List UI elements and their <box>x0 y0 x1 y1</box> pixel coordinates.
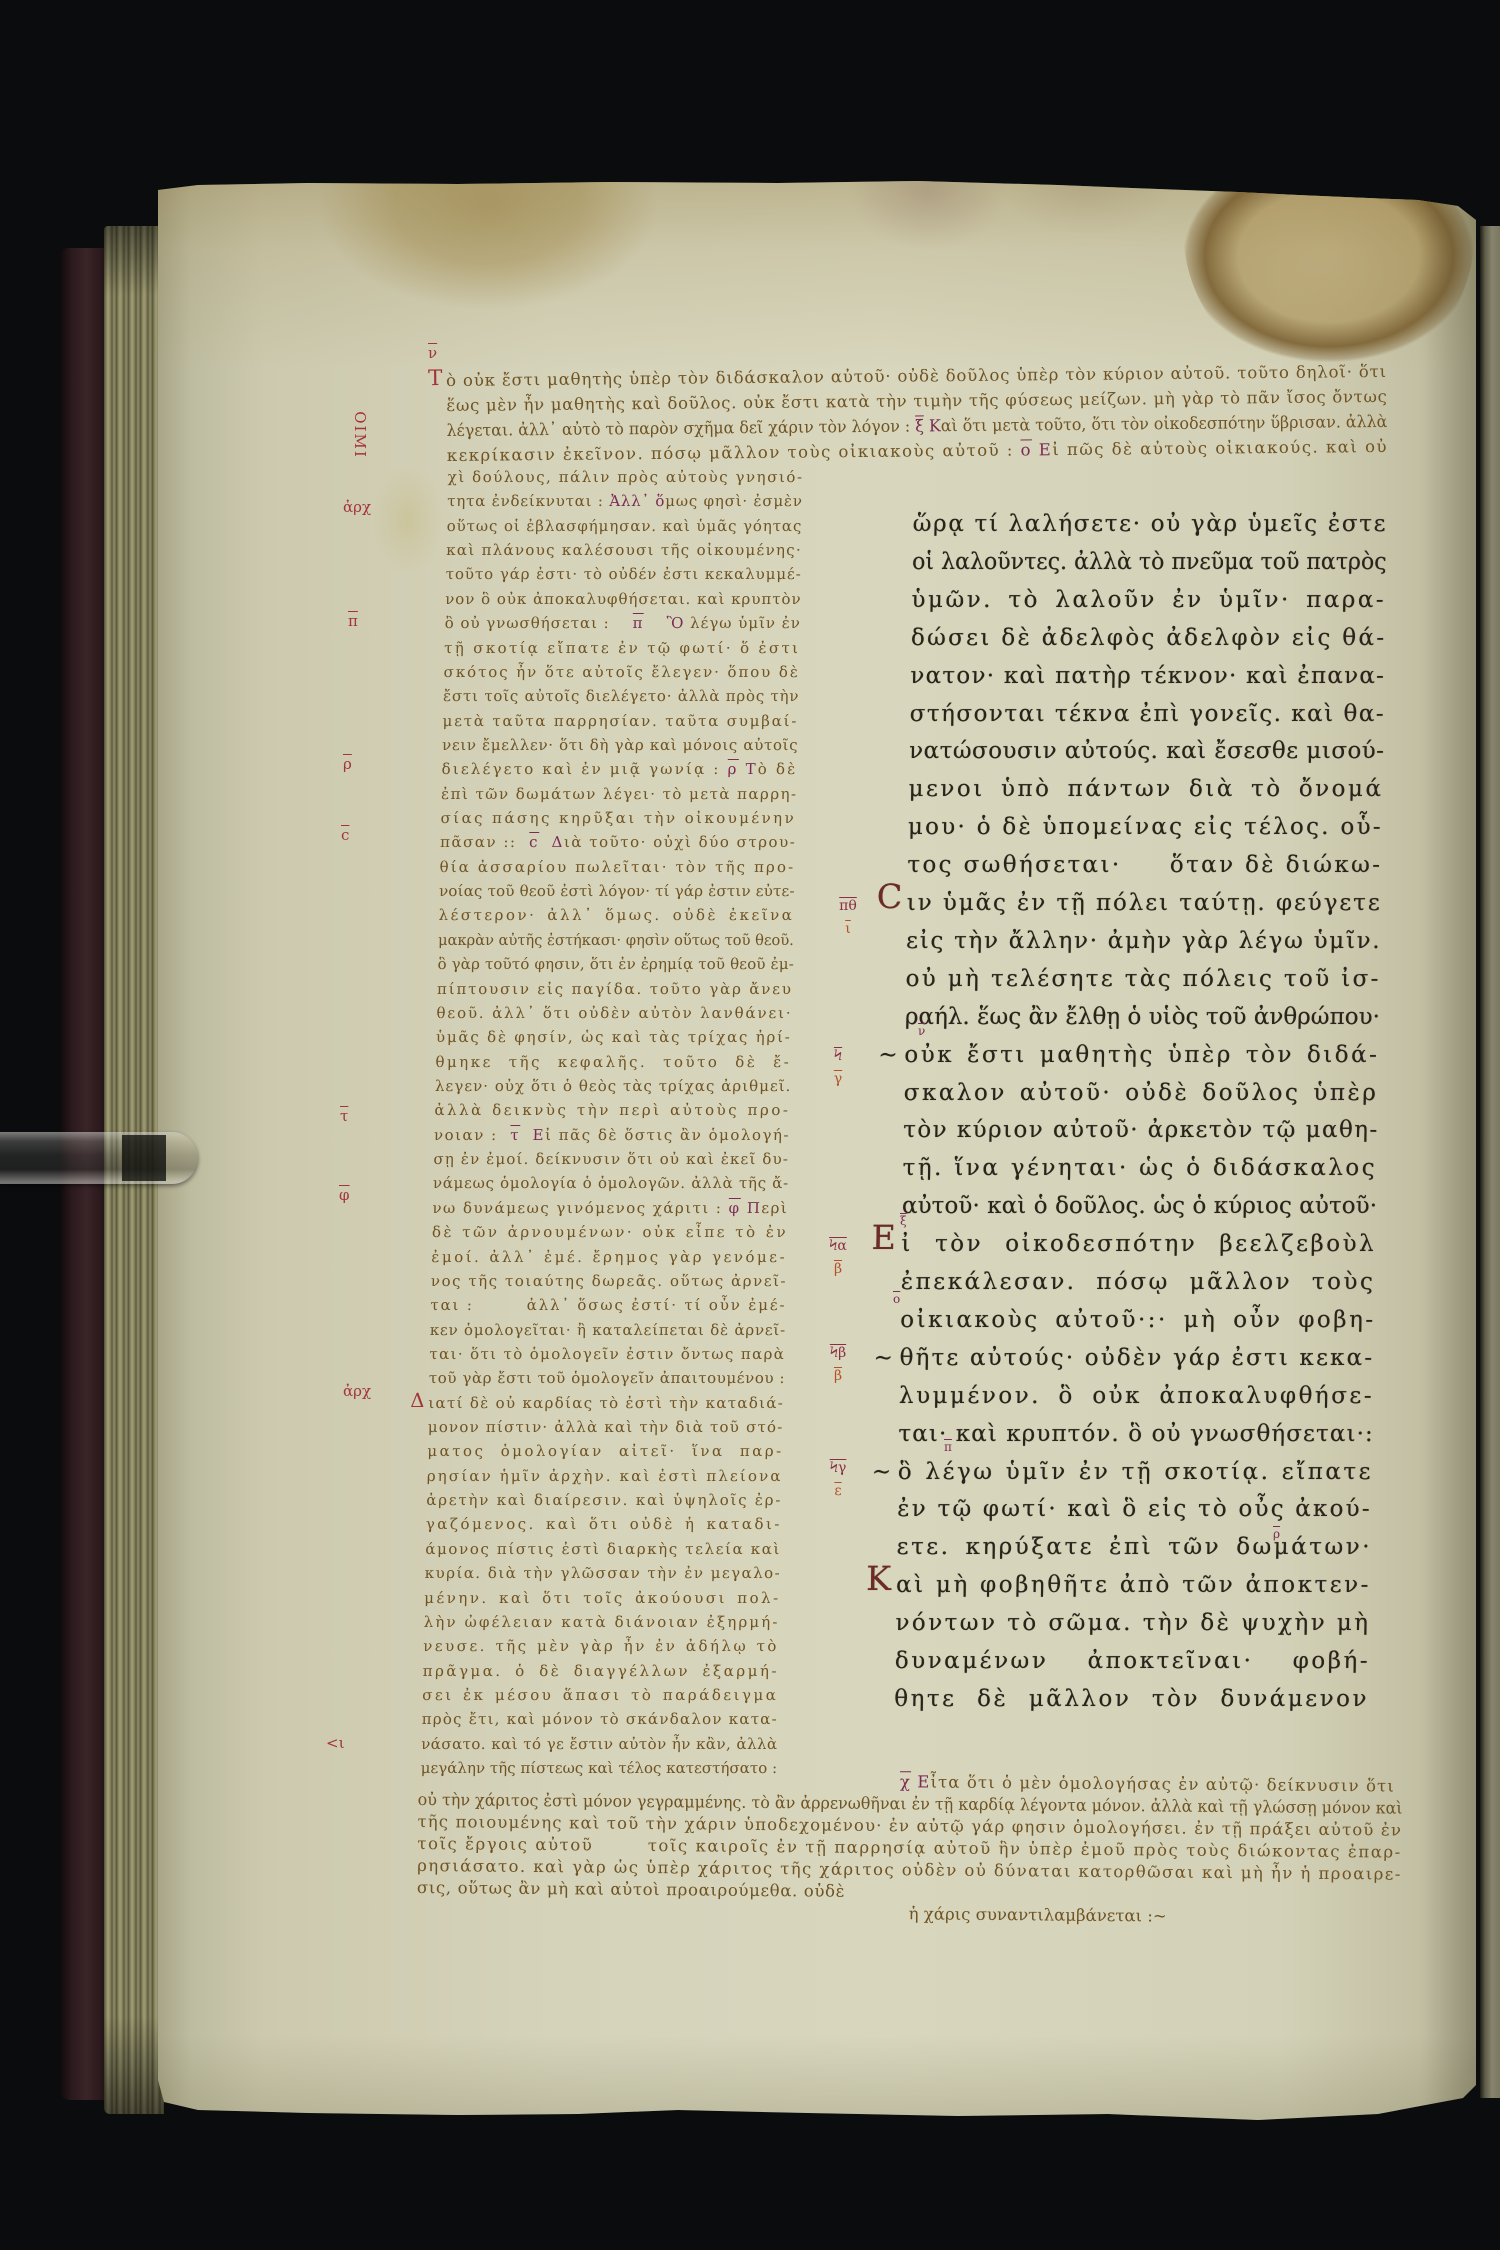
text-line: Καὶ μὴ φοβηθῆτε ἀπὸ τῶν ἀποκτεν- <box>896 1567 1372 1605</box>
commentary-line: ὑμᾶς δὲ φησίν, ὡς καὶ τὰς τρίχας ἠρί- <box>436 1025 793 1049</box>
text-segment: οὐ μὴ τελέσητε τὰς πόλεις τοῦ ἰσ- <box>905 966 1381 992</box>
line-text: πᾶσαν :: ϲ Διὰ τοῦτο· οὐχὶ δύο στρου- <box>440 830 797 854</box>
text-line: θητε δὲ μᾶλλον τὸν δυνάμενον <box>894 1681 1370 1719</box>
commentary-reference-mark: ρ <box>1273 1527 1280 1541</box>
top-commentary-block: Τὸ οὐκ ἔστι μαθητὴς ὑπὲρ τὸν διδάσκαλον … <box>446 359 1388 468</box>
text-segment: ἰ πῶς δὲ αὐτοὺς οἰκιακούς. καὶ οὐ <box>1052 437 1388 459</box>
commentary-line: ἀρετὴν καὶ διαίρεσιν. καὶ ὑψηλοῖς ἐρ- <box>426 1488 783 1512</box>
text-segment: ἀρετὴν καὶ διαίρεσιν. καὶ ὑψηλοῖς ἐρ- <box>426 1491 782 1509</box>
rubric-mark: ο <box>1021 440 1033 459</box>
commentary-line: πᾶσαν :: ϲ Διὰ τοῦτο· οὐχὶ δύο στρου- <box>440 830 797 854</box>
commentary-line: νον ὃ οὐκ ἀποκαλυφθήσεται. καὶ κρυπτὸν <box>445 587 802 611</box>
canon-number: ι <box>836 921 860 938</box>
text-line: ~οὐκ ἔστι μαθητὴς ὑπὲρ τὸν διδά- <box>904 1037 1380 1075</box>
section-tilde-mark: ~ <box>873 1340 893 1378</box>
line-text: διελέγετο καὶ ἐν μιᾷ γωνίᾳ : ρ Τὸ δὲ <box>441 757 797 781</box>
commentary-line: κυρία. διὰ τὴν γλῶσσαν τὴν ἐν μεγαλο- <box>425 1561 782 1585</box>
text-segment: μονον πίστιν· ἀλλὰ καὶ τὴν διὰ τοῦ στό- <box>428 1418 784 1436</box>
text-segment: νόντων τὸ σῶμα. τὴν δὲ ψυχὴν μὴ <box>895 1610 1370 1636</box>
margin-section-number: φ <box>339 1186 350 1204</box>
rubric-mark: Ε <box>917 1772 930 1791</box>
text-segment: σκαλον αὐτοῦ· οὐδὲ δοῦλος ὑπὲρ <box>904 1080 1379 1106</box>
text-line: αὐτοῦ· καὶ ὁ δοῦλος. ὡς ὁ κύριος αὐτοῦ· <box>902 1188 1378 1226</box>
water-stain <box>998 180 1178 235</box>
eusebian-canon-mark: πθ ι <box>836 898 860 938</box>
text-segment: σίας πάσης κηρῦξαι τὴν οἰκουμένην <box>440 809 796 827</box>
line-text: άμονος πίστις ἐστὶ διαρκὴς τελεία καὶ <box>425 1537 781 1561</box>
commentary-line: σίας πάσης κηρῦξαι τὴν οἰκουμένην <box>440 806 797 830</box>
line-text: πίπτουσιν εἰς παγίδα. τοῦτο γὰρ ἄνευ <box>437 977 793 1001</box>
commentary-line: νοίας τοῦ θεοῦ ἐστὶ λόγον· τί γάρ ἐστιν … <box>439 879 796 903</box>
line-text: οἱ λαλοῦντες. ἀλλὰ τὸ πνεῦμα τοῦ πατρὸς <box>912 544 1387 582</box>
text-segment: θεοῦ. ἀλλ᾽ ὅτι οὐδὲν αὐτὸν λανθάνει· <box>436 1004 792 1022</box>
line-text: μακρὰν αὐτῆς ἐστήκασι· φησὶν οὕτως τοῦ θ… <box>438 928 794 952</box>
text-line: ἐπεκάλεσαν. πόσῳ μᾶλλον τοὺς <box>900 1264 1376 1302</box>
line-text: θεοῦ. ἀλλ᾽ ὅτι οὐδὲν αὐτὸν λανθάνει· <box>436 1001 792 1025</box>
text-line: εἰς τὴν ἄλλην· ἀμὴν γὰρ λέγω ὑμῖν. <box>906 923 1382 961</box>
text-segment: αὐτοῦ· καὶ ὁ δοῦλος. ὡς ὁ κύριος αὐτοῦ· <box>902 1193 1378 1219</box>
commentary-line: τῇ σκοτίᾳ εἴπατε ἐν τῷ φωτί· ὅ ἐστι <box>444 636 801 660</box>
commentary-line: λεγεν· οὐχ ὅτι ὁ θεὸς τὰς τρίχας ἀριθμεῖ… <box>435 1074 792 1098</box>
text-line: μενοι ὑπὸ πάντων διὰ τὸ ὄνομά <box>908 771 1384 809</box>
line-text: σίας πάσης κηρῦξαι τὴν οἰκουμένην <box>440 806 796 830</box>
line-text: ὃ οὐ γνωσθήσεται : π Ὃ λέγω ὑμῖν ἐν <box>444 611 801 635</box>
text-segment: θία ἀσσαρίου πωλεῖται· τὸν τῆς προ- <box>439 858 795 876</box>
text-line: νατώσουσιν αὐτούς. καὶ ἔσεσθε μισού- <box>909 733 1385 771</box>
water-stain <box>373 465 443 575</box>
commentary-line: λέστερον· ἀλλ᾽ ὅμως. οὐδὲ ἐκεῖνα <box>438 903 795 927</box>
line-text: οὕτως οἱ ἐβλασφήμησαν. καὶ ὑμᾶς γόητας <box>446 514 802 538</box>
canon-section: Ϟγ <box>826 1460 850 1477</box>
rubric-mark: π <box>632 614 643 632</box>
text-segment: οὕτως οἱ ἐβλασφήμησαν. καὶ ὑμᾶς γόητας <box>447 517 803 535</box>
text-segment: νω δυνάμεως γινόμενος χάριτι : <box>432 1199 729 1217</box>
rubric-mark: Ε <box>532 1126 545 1144</box>
commentary-line: σις, οὕτως ἂν μὴ καὶ αὐτοὶ προαιρούμεθα.… <box>417 1876 845 1904</box>
text-segment: ἐπὶ τῶν δωμάτων λέγει· τὸ μετὰ παρρη- <box>441 785 798 803</box>
text-segment: πᾶσαν :: <box>440 833 529 851</box>
line-text: νευσε. τῆς μὲν γὰρ ἦν ἐν ἀδήλῳ τὸ <box>423 1634 779 1658</box>
line-text: οἰκιακοὺς αὐτοῦ·:· μὴ οὖν φοβη- <box>900 1302 1376 1340</box>
text-segment: χὶ δούλους, πάλιν πρὸς αὐτοὺς γνησιό- <box>448 468 804 486</box>
line-text: ὃ λέγω ὑμῖν ἐν τῇ σκοτίᾳ. εἴπατε <box>898 1454 1374 1492</box>
line-text: λεγεν· οὐχ ὅτι ὁ θεὸς τὰς τρίχας ἀριθμεῖ… <box>435 1074 792 1098</box>
text-segment: τοῦ γὰρ ἔστι τοῦ ὁμολογεῖν ἀπαιτουμένου … <box>429 1369 786 1387</box>
commentary-line: πίπτουσιν εἰς παγίδα. τοῦτο γὰρ ἄνευ <box>437 977 794 1001</box>
text-segment: νατώσουσιν αὐτούς. καὶ ἔσεσθε μισού- <box>909 738 1385 764</box>
line-text: οὐ μὴ τελέσητε τὰς πόλεις τοῦ ἰσ- <box>905 961 1381 999</box>
text-segment: ὸ δὲ <box>758 760 798 778</box>
commentary-line: γαζόμενος. καὶ ὅτι οὐδὲ ἡ καταδι- <box>426 1512 783 1536</box>
line-text: καὶ πλάνους καλέσουσι τῆς οἰκουμένης· <box>446 538 802 562</box>
text-segment: ται· καὶ κρυπτόν. ὃ οὐ γνωσθήσεται·: <box>898 1421 1374 1447</box>
text-line: ~ὃ λέγω ὑμῖν ἐν τῇ σκοτίᾳ. εἴπατε <box>898 1454 1374 1492</box>
text-segment: ματος ὁμολογίαν αἰτεῖ· ἵνα παρ- <box>427 1442 784 1460</box>
commentary-line: νάμεως ὁμολογία ὁ ὁμολογῶν. ἀλλὰ τῆς ἄ- <box>433 1171 790 1195</box>
margin-lection-end: <ι <box>326 1734 344 1752</box>
text-segment: ερὶ <box>761 1199 788 1217</box>
commentary-line: λὴν ὠφέλειαν κατὰ διάνοιαν ἐξηρμή- <box>424 1610 781 1634</box>
text-segment: ὑμῶν. τὸ λαλοῦν ἐν ὑμῖν· παρα- <box>911 587 1386 613</box>
text-segment: ἶτα ὅτι ὁ μὲν ὁμολογήσας ἐν αὐτῷ· δείκνυ… <box>930 1772 1395 1795</box>
rubric-mark: Δ <box>551 833 564 851</box>
commentary-line: ἐπὶ τῶν δωμάτων λέγει· τὸ μετὰ παρρη- <box>441 782 798 806</box>
text-segment: σῃ ἐν ἐμοί. δείκνυσιν ὅτι οὐ καὶ ἐκεῖ δυ… <box>433 1150 789 1168</box>
canon-section: Ϟ <box>826 1048 850 1065</box>
text-segment: μου· ὁ δὲ ὑπομείνας εἰς τέλος. οὗ- <box>908 814 1383 840</box>
text-line: ὥρᾳ τί λαλήσετε· οὐ γὰρ ὑμεῖς ἐστε <box>912 506 1388 544</box>
commentary-reference-mark: π <box>944 1440 952 1454</box>
text-line: ~θῆτε αὐτούς· οὐδὲν γάρ ἐστι κεκα- <box>899 1340 1375 1378</box>
commentary-closing-line: ἡ χάρις συναντιλαμβάνεται :~ <box>909 1902 1229 1929</box>
margin-section-number: ρ <box>343 755 352 773</box>
commentary-line: θμηκε τῆς κεφαλῆς. τοῦτο δὲ ἔ- <box>435 1050 792 1074</box>
rubric-mark: φ <box>728 1199 740 1217</box>
quire-marker: ν <box>428 344 437 362</box>
rod-dark-band <box>122 1135 166 1181</box>
line-text: ιατί δὲ οὐ καρδίας τὸ ἐστὶ τὴν καταδιά- <box>428 1391 784 1415</box>
text-segment: ὃ λέγω ὑμῖν ἐν τῇ σκοτίᾳ. εἴπατε <box>898 1459 1374 1485</box>
canon-number: β <box>826 1261 850 1278</box>
text-line: ραήλ. ἕως ἂν ἔλθῃ ὁ υἱὸς τοῦ ἀνθρώπου· <box>905 999 1381 1037</box>
rubric-mark: Ε <box>1039 440 1053 459</box>
text-segment: ὑμᾶς δὲ φησίν, ὡς καὶ τὰς τρίχας ἠρί- <box>436 1028 792 1046</box>
commentary-line: διελέγετο καὶ ἐν μιᾷ γωνίᾳ : ρ Τὸ δὲ <box>441 757 798 781</box>
line-text: ὑμᾶς δὲ φησίν, ὡς καὶ τὰς τρίχας ἠρί- <box>436 1025 792 1049</box>
line-text: νατώσουσιν αὐτούς. καὶ ἔσεσθε μισού- <box>909 733 1385 771</box>
commentary-line: νειν ἔμελλεν· ὅτι δὴ γὰρ καὶ μόνοις αὐτο… <box>442 733 799 757</box>
commentary-line: τοῦτο γάρ ἐστι· τὸ οὐδέν ἐστι κεκαλυμμέ- <box>445 562 802 586</box>
line-text: αὐτοῦ· καὶ ὁ δοῦλος. ὡς ὁ κύριος αὐτοῦ· <box>902 1188 1378 1226</box>
text-segment: ται : ἀλλ᾽ ὅσως ἐστί· τί οὖν ἐμέ- <box>430 1296 786 1314</box>
line-text: μένην. καὶ ὅτι τοῖς ἀκούουσι πολ- <box>424 1586 781 1610</box>
commentary-line: Διατί δὲ οὐ καρδίας τὸ ἐστὶ τὴν καταδιά- <box>428 1391 785 1415</box>
text-segment: ται· ὅτι τὸ ὁμολογεῖν ἐστιν ὄντως παρὰ <box>429 1345 785 1363</box>
line-text: σις, οὕτως ἂν μὴ καὶ αὐτοὶ προαιρούμεθα.… <box>417 1876 845 1904</box>
text-segment: θητε δὲ μᾶλλον τὸν δυνάμενον <box>894 1686 1369 1712</box>
text-segment: σκότος ἦν ὅτε αὐτοῖς ἔλεγεν· ὅπου δὲ <box>443 663 800 681</box>
line-text: θμηκε τῆς κεφαλῆς. τοῦτο δὲ ἔ- <box>435 1050 791 1074</box>
line-text: ἀρετὴν καὶ διαίρεσιν. καὶ ὑψηλοῖς ἐρ- <box>426 1488 782 1512</box>
text-line: λυμμένον. ὃ οὐκ ἀποκαλυφθήσε- <box>899 1378 1375 1416</box>
line-text: γαζόμενος. καὶ ὅτι οὐδὲ ἡ καταδι- <box>426 1512 783 1536</box>
text-line: τῇ. ἵνα γένηται· ὡς ὁ διδάσκαλος <box>902 1150 1378 1188</box>
water-stain <box>848 180 1008 250</box>
line-text: λὴν ὠφέλειαν κατὰ διάνοιαν ἐξηρμή- <box>424 1610 780 1634</box>
section-tilde-mark: ~ <box>872 1454 892 1492</box>
line-text: ται· ὅτι τὸ ὁμολογεῖν ἐστιν ὄντως παρὰ <box>429 1342 785 1366</box>
text-segment: ὥρᾳ τί λαλήσετε· οὐ γὰρ ὑμεῖς ἐστε <box>913 511 1388 537</box>
commentary-line: σει ἐκ μέσου ἅπασι τὸ παράδειγμα <box>422 1683 779 1707</box>
text-segment <box>520 1126 533 1144</box>
text-line: οἰκιακοὺς αὐτοῦ·:· μὴ οὖν φοβη- <box>900 1302 1376 1340</box>
text-segment: θμηκε τῆς κεφαλῆς. τοῦτο δὲ ἔ- <box>435 1053 791 1071</box>
line-text: κεν ὁμολογεῖται· ἢ καταλείπεται δὲ ἀρνεῖ… <box>430 1318 787 1342</box>
commentary-line: ἐμοί. ἀλλ᾽ ἐμέ. ἔρημος γὰρ γενόμε- <box>431 1245 788 1269</box>
margin-lection-start: ἀρχ <box>343 498 371 516</box>
text-segment: νευσε. τῆς μὲν γὰρ ἦν ἐν ἀδήλῳ τὸ <box>423 1637 779 1655</box>
canon-section: πθ <box>836 898 860 915</box>
line-text: τος σωθήσεται· ὅταν δὲ διώκω- <box>907 847 1383 885</box>
text-segment: δὲ τῶν ἀρνουμένων· οὐκ εἶπε τὸ ἐν <box>432 1223 789 1241</box>
text-line: δυναμένων ἀποκτεῖναι· φοβή- <box>895 1643 1371 1681</box>
commentary-reference-mark: ν <box>918 1024 925 1038</box>
text-segment: σις, οὕτως ἂν μὴ καὶ αὐτοὶ προαιρούμεθα.… <box>417 1878 845 1901</box>
text-line: νόντων τὸ σῶμα. τὴν δὲ ψυχὴν μὴ <box>895 1605 1371 1643</box>
rubric-mark: ρ <box>727 760 738 778</box>
text-segment: τῇ. ἵνα γένηται· ὡς ὁ διδάσκαλος <box>902 1155 1377 1181</box>
line-text: ἡ χάρις συναντιλαμβάνεται :~ <box>909 1902 1167 1928</box>
eusebian-canon-mark: Ϟ γ <box>826 1048 850 1088</box>
rubric-mark: Ἀλλ᾽ ὅ <box>609 492 665 510</box>
line-text: νατον· καὶ πατὴρ τέκνον· καὶ ἐπανα- <box>910 658 1385 696</box>
commentary-line: μετὰ ταῦτα παρρησίαν. ταῦτα συμβαί- <box>442 709 799 733</box>
rubricated-initial: C <box>877 878 903 916</box>
rubric-mark: Τ <box>745 760 758 778</box>
text-line: στήσονται τέκνα ἐπὶ γονεῖς. καὶ θα- <box>909 696 1385 734</box>
commentary-line: νοιαν : τ Εἰ πᾶς δὲ ὅστις ἂν ὁμολογή- <box>434 1123 791 1147</box>
text-segment: λέστερον· ἀλλ᾽ ὅμως. οὐδὲ ἐκεῖνα <box>438 906 794 924</box>
text-segment: ἡ χάρις συναντιλαμβάνεται :~ <box>909 1904 1167 1925</box>
line-text: θία ἀσσαρίου πωλεῖται· τὸν τῆς προ- <box>439 855 795 879</box>
line-text: σῃ ἐν ἐμοί. δείκνυσιν ὅτι οὐ καὶ ἐκεῖ δυ… <box>433 1147 789 1171</box>
commentary-line: τοῦ γὰρ ἔστι τοῦ ὁμολογεῖν ἀπαιτουμένου … <box>429 1366 786 1390</box>
text-line: τος σωθήσεται· ὅταν δὲ διώκω- <box>907 847 1383 885</box>
main-text-column: ὥρᾳ τί λαλήσετε· οὐ γὰρ ὑμεῖς ἐστεοἱ λαλ… <box>894 506 1388 1721</box>
text-segment: τητα ἐνδείκνυται : <box>447 492 609 510</box>
line-text: στήσονται τέκνα ἐπὶ γονεῖς. καὶ θα- <box>909 696 1385 734</box>
line-text: τὸν κύριον αὐτοῦ· ἀρκετὸν τῷ μαθη- <box>903 1112 1379 1150</box>
commentary-line: κεν ὁμολογεῖται· ἢ καταλείπεται δὲ ἀρνεῖ… <box>430 1318 787 1342</box>
text-segment: νάσατο. καὶ τό γε ἔστιν αὐτὸν ἦν κἂν, ἀλ… <box>421 1735 778 1753</box>
text-line: ἐν τῷ φωτί· καὶ ὃ εἰς τὸ οὖς ἀκού- <box>897 1491 1373 1529</box>
commentary-line: ἔστι τοῖς αὐτοῖς διελέγετο· ἀλλὰ πρὸς τὴ… <box>443 684 800 708</box>
section-tilde-mark: ~ <box>878 1037 898 1075</box>
text-line: ται· καὶ κρυπτόν. ὃ οὐ γνωσθήσεται·: <box>898 1416 1374 1454</box>
text-segment: κεκρίκασιν ἐκεῖνον. πόσῳ μᾶλλον τοὺς οἰκ… <box>447 440 1021 465</box>
commentary-line: ὃ οὐ γνωσθήσεται : π Ὃ λέγω ὑμῖν ἐν <box>444 611 801 635</box>
text-line: ετε. κηρύξατε ἐπὶ τῶν δωμάτων· <box>896 1529 1372 1567</box>
rubric-mark: Κ <box>929 416 941 435</box>
text-segment: νοίας τοῦ θεοῦ ἐστὶ λόγον· τί γάρ ἐστιν … <box>439 882 795 900</box>
eusebian-canon-mark: Ϟγ ε <box>826 1460 850 1500</box>
commentary-line: καὶ πλάνους καλέσουσι τῆς οἰκουμένης· <box>446 538 803 562</box>
rubric-mark: Ὃ <box>666 614 684 632</box>
line-text: ται· καὶ κρυπτόν. ὃ οὐ γνωσθήσεται·: <box>898 1416 1374 1454</box>
line-text: ἐν τῷ φωτί· καὶ ὃ εἰς τὸ οὖς ἀκού- <box>897 1491 1372 1529</box>
text-line: σκαλον αὐτοῦ· οὐδὲ δοῦλος ὑπὲρ <box>903 1075 1379 1113</box>
line-text: πρὸς ἔτι, καὶ μόνον τὸ σκάνδαλον κατα- <box>421 1707 778 1731</box>
text-segment: αὶ ὅτι μετὰ τοῦτο, ὅτι τὸν οἰκοδεσπότην … <box>941 412 1388 435</box>
commentary-line: νάσατο. καὶ τό γε ἔστιν αὐτὸν ἦν κἂν, ἀλ… <box>421 1732 778 1756</box>
line-text: μου· ὁ δὲ ὑπομείνας εἰς τέλος. οὗ- <box>908 809 1383 847</box>
commentary-line: δὲ τῶν ἀρνουμένων· οὐκ εἶπε τὸ ἐν <box>432 1220 789 1244</box>
text-segment: μένην. καὶ ὅτι τοῖς ἀκούουσι πολ- <box>424 1589 781 1607</box>
line-text: νοιαν : τ Εἰ πᾶς δὲ ὅστις ἂν ὁμολογή- <box>434 1123 791 1147</box>
line-text: δὲ τῶν ἀρνουμένων· οὐκ εἶπε τὸ ἐν <box>432 1220 789 1244</box>
text-segment: πίπτουσιν εἰς παγίδα. τοῦτο γὰρ ἄνευ <box>437 980 793 998</box>
line-text: δυναμένων ἀποκτεῖναι· φοβή- <box>895 1643 1371 1681</box>
canon-number: β <box>826 1368 850 1385</box>
text-segment: ἰ τὸν οἰκοδεσπότην βεελζεβοὺλ <box>901 1231 1376 1257</box>
text-segment: λεγεν· οὐχ ὅτι ὁ θεὸς τὰς τρίχας ἀριθμεῖ… <box>435 1077 792 1095</box>
commentary-line: τητα ἐνδείκνυται : Ἀλλ᾽ ὅμως φησὶ· ἐσμὲν <box>447 489 804 513</box>
text-segment: λυμμένον. ὃ οὐκ ἀποκαλυφθήσε- <box>899 1383 1374 1409</box>
line-text: ἀλλὰ δεικνὺς τὴν περὶ αὐτοὺς προ- <box>434 1098 790 1122</box>
line-text: σκότος ἦν ὅτε αὐτοῖς ἔλεγεν· ὅπου δὲ <box>443 660 800 684</box>
commentary-line: οὕτως οἱ ἐβλασφήμησαν. καὶ ὑμᾶς γόητας <box>446 514 803 538</box>
text-line: Εἰ τὸν οἰκοδεσπότην βεελζεβοὺλ <box>901 1226 1377 1264</box>
text-segment: ραήλ. ἕως ἂν ἔλθῃ ὁ υἱὸς τοῦ ἀνθρώπου· <box>905 1004 1380 1030</box>
text-segment: τοῦτο γάρ ἐστι· τὸ οὐδέν ἐστι κεκαλυμμέ- <box>446 565 802 583</box>
line-text: νάμεως ὁμολογία ὁ ὁμολογῶν. ἀλλὰ τῆς ἄ- <box>433 1171 789 1195</box>
line-text: μενοι ὑπὸ πάντων διὰ τὸ ὄνομά <box>908 771 1384 809</box>
text-line: τὸν κύριον αὐτοῦ· ἀρκετὸν τῷ μαθη- <box>903 1112 1379 1150</box>
text-segment: ἔστι τοῖς αὐτοῖς διελέγετο· ἀλλὰ πρὸς τὴ… <box>443 687 800 705</box>
text-segment: γαζόμενος. καὶ ὅτι οὐδὲ ἡ καταδι- <box>426 1515 783 1533</box>
text-segment: ιὰ τοῦτο· οὐχὶ δύο στρου- <box>564 833 797 851</box>
line-text: αὶ μὴ φοβηθῆτε ἀπὸ τῶν ἀποκτεν- <box>896 1567 1371 1605</box>
text-segment: λέγω ὑμῖν ἐν <box>684 614 801 632</box>
text-segment: ἐν τῷ φωτί· καὶ ὃ εἰς τὸ οὖς ἀκού- <box>897 1496 1372 1522</box>
line-text: οὐκ ἔστι μαθητὴς ὑπὲρ τὸν διδά- <box>904 1037 1380 1075</box>
text-segment: κεν ὁμολογεῖται· ἢ καταλείπεται δὲ ἀρνεῖ… <box>430 1321 786 1339</box>
line-text: ἔστι τοῖς αὐτοῖς διελέγετο· ἀλλὰ πρὸς τὴ… <box>443 684 800 708</box>
commentary-line: μένην. καὶ ὅτι τοῖς ἀκούουσι πολ- <box>424 1586 781 1610</box>
manuscript-photograph: { "colors": { "background": "#0b0c0e", "… <box>0 0 1500 2250</box>
line-text: δώσει δὲ ἀδελφὸς ἀδελφὸν εἰς θά- <box>911 620 1387 658</box>
text-segment: νατον· καὶ πατὴρ τέκνον· καὶ ἐπανα- <box>910 663 1385 689</box>
commentary-line: θία ἀσσαρίου πωλεῖται· τὸν τῆς προ- <box>439 855 796 879</box>
line-text: ὥρᾳ τί λαλήσετε· οὐ γὰρ ὑμεῖς ἐστε <box>912 506 1387 544</box>
line-text: μετὰ ταῦτα παρρησίαν. ταῦτα συμβαί- <box>442 709 798 733</box>
text-segment: ἐπεκάλεσαν. πόσῳ μᾶλλον τοὺς <box>901 1269 1376 1295</box>
commentary-reference-mark: ξ <box>900 1214 907 1228</box>
commentary-line: θεοῦ. ἀλλ᾽ ὅτι οὐδὲν αὐτὸν λανθάνει· <box>436 1001 793 1025</box>
rubric-mark: ϲ <box>529 833 539 851</box>
rubric-mark: ξ <box>915 416 924 435</box>
margin-section-number: τ <box>340 1107 348 1125</box>
rubric-mark: τ <box>510 1126 520 1144</box>
text-line: μου· ὁ δὲ ὑπομείνας εἰς τέλος. οὗ- <box>908 809 1384 847</box>
text-segment: ρησίαν ἡμῖν ἀρχὴν. καὶ ἐστὶ πλείονα <box>427 1467 783 1485</box>
text-segment: δώσει δὲ ἀδελφὸς ἀδελφὸν εἰς θά- <box>911 625 1387 651</box>
text-segment: ιν ὑμᾶς ἐν τῇ πόλει ταύτῃ. φεύγετε <box>907 890 1382 916</box>
text-segment: ὃ γὰρ τοῦτό φησιν, ὅτι ἐν ἐρημίᾳ τοῦ θεο… <box>437 955 794 973</box>
text-segment: ὃ οὐ γνωσθήσεται : <box>444 614 632 632</box>
book-weight-rod <box>0 1132 198 1184</box>
rubricated-initial: Κ <box>866 1560 892 1598</box>
line-text: ραήλ. ἕως ἂν ἔλθῃ ὁ υἱὸς τοῦ ἀνθρώπου· <box>905 999 1381 1037</box>
line-text: τητα ἐνδείκνυται : Ἀλλ᾽ ὅμως φησὶ· ἐσμὲν <box>447 489 803 513</box>
text-line: ὑμῶν. τὸ λαλοῦν ἐν ὑμῖν· παρα- <box>911 582 1387 620</box>
text-segment: ἀλλὰ δεικνὺς τὴν περὶ αὐτοὺς προ- <box>434 1101 790 1119</box>
line-text: ἐμοί. ἀλλ᾽ ἐμέ. ἔρημος γὰρ γενόμε- <box>431 1245 787 1269</box>
left-commentary-column: χὶ δούλους, πάλιν πρὸς αὐτοὺς γνησιό-τητ… <box>420 465 804 1785</box>
text-segment: λὴν ὠφέλειαν κατὰ διάνοιαν ἐξηρμή- <box>424 1613 780 1631</box>
margin-note-rotated: ΟΙΜΙ <box>351 411 369 459</box>
line-text: τοῦ γὰρ ἔστι τοῦ ὁμολογεῖν ἀπαιτουμένου … <box>429 1366 786 1390</box>
commentary-line: ρησίαν ἡμῖν ἀρχὴν. καὶ ἐστὶ πλείονα <box>427 1464 784 1488</box>
line-text: κυρία. διὰ τὴν γλῶσσαν τὴν ἐν μεγαλο- <box>425 1561 782 1585</box>
text-segment: τος σωθήσεται· ὅταν δὲ διώκω- <box>907 852 1382 878</box>
line-text: πρᾶγμα. ὁ δὲ διαγγέλλων ἐξαρμή- <box>422 1659 779 1683</box>
margin-section-number: π <box>348 612 358 630</box>
line-text: νω δυνάμεως γινόμενος χάριτι : φ Περὶ <box>432 1196 788 1220</box>
line-text: νον ὃ οὐκ ἀποκαλυφθήσεται. καὶ κρυπτὸν <box>445 587 802 611</box>
text-segment: νος τῆς τοιαύτης δωρεᾶς. οὕτως ἀρνεῖ- <box>431 1272 788 1290</box>
line-text: ὃ γὰρ τοῦτό φησιν, ὅτι ἐν ἐρημίᾳ τοῦ θεο… <box>437 952 794 976</box>
text-segment: τῇ σκοτίᾳ εἴπατε ἐν τῷ φωτί· ὅ ἐστι <box>444 639 801 657</box>
facing-page-edge <box>1480 226 1500 2098</box>
line-text: θῆτε αὐτούς· οὐδὲν γάρ ἐστι κεκα- <box>899 1340 1374 1378</box>
line-text: ἰ τὸν οἰκοδεσπότην βεελζεβοὺλ <box>901 1226 1376 1264</box>
text-segment: νοιαν : <box>434 1126 511 1144</box>
text-segment <box>643 614 666 632</box>
text-line: δώσει δὲ ἀδελφὸς ἀδελφὸν εἰς θά- <box>911 620 1387 658</box>
canon-number: ε <box>826 1483 850 1500</box>
text-segment: οὐκ ἔστι μαθητὴς ὑπὲρ τὸν διδά- <box>904 1042 1379 1068</box>
text-segment: οἱ λαλοῦντες. ἀλλὰ τὸ πνεῦμα τοῦ πατρὸς <box>912 549 1387 575</box>
line-text: εἰς τὴν ἄλλην· ἀμὴν γὰρ λέγω ὑμῖν. <box>906 923 1382 961</box>
text-segment: διελέγετο καὶ ἐν μιᾷ γωνίᾳ : <box>441 760 727 778</box>
commentary-line: πρὸς ἔτι, καὶ μόνον τὸ σκάνδαλον κατα- <box>421 1707 778 1731</box>
line-text: ματος ὁμολογίαν αἰτεῖ· ἵνα παρ- <box>427 1439 784 1463</box>
commentary-line: ὃ γὰρ τοῦτό φησιν, ὅτι ἐν ἐρημίᾳ τοῦ θεο… <box>437 952 794 976</box>
commentary-line: μακρὰν αὐτῆς ἐστήκασι· φησὶν οὕτως τοῦ θ… <box>438 928 795 952</box>
line-text: ται : ἀλλ᾽ ὅσως ἐστί· τί οὖν ἐμέ- <box>430 1293 786 1317</box>
text-segment: νάμεως ὁμολογία ὁ ὁμολογῶν. ἀλλὰ τῆς ἄ- <box>433 1174 789 1192</box>
canon-section: Ϟα <box>826 1238 850 1255</box>
commentary-line: πρᾶγμα. ὁ δὲ διαγγέλλων ἐξαρμή- <box>422 1659 779 1683</box>
text-line: νατον· καὶ πατὴρ τέκνον· καὶ ἐπανα- <box>910 658 1386 696</box>
commentary-line: ται· ὅτι τὸ ὁμολογεῖν ἐστιν ὄντως παρὰ <box>429 1342 786 1366</box>
text-segment: πρᾶγμα. ὁ δὲ διαγγέλλων ἐξαρμή- <box>423 1662 780 1680</box>
text-segment: σει ἐκ μέσου ἅπασι τὸ παράδειγμα <box>422 1686 778 1704</box>
commentary-line: ἀλλὰ δεικνὺς τὴν περὶ αὐτοὺς προ- <box>434 1098 791 1122</box>
line-text: τοῦτο γάρ ἐστι· τὸ οὐδέν ἐστι κεκαλυμμέ- <box>445 562 802 586</box>
gutter-shadow <box>1418 180 1478 2125</box>
text-segment: ετε. κηρύξατε ἐπὶ τῶν δωμάτων· <box>896 1534 1372 1560</box>
commentary-line: ματος ὁμολογίαν αἰτεῖ· ἵνα παρ- <box>427 1439 784 1463</box>
line-text: ἐπὶ τῶν δωμάτων λέγει· τὸ μετὰ παρρη- <box>441 782 798 806</box>
text-segment: καὶ πλάνους καλέσουσι τῆς οἰκουμένης· <box>446 541 802 559</box>
text-segment: μενοι ὑπὸ πάντων διὰ τὸ ὄνομά <box>908 776 1383 802</box>
text-line: οὐ μὴ τελέσητε τὰς πόλεις τοῦ ἰσ- <box>905 961 1381 999</box>
line-text: ὑμῶν. τὸ λαλοῦν ἐν ὑμῖν· παρα- <box>911 582 1386 620</box>
text-segment: κυρία. διὰ τὴν γλῶσσαν τὴν ἐν μεγαλο- <box>425 1564 782 1582</box>
text-segment: τὸν κύριον αὐτοῦ· ἀρκετὸν τῷ μαθη- <box>903 1117 1379 1143</box>
rubricated-initial: Δ <box>410 1389 425 1413</box>
line-text: νος τῆς τοιαύτης δωρεᾶς. οὕτως ἀρνεῖ- <box>431 1269 788 1293</box>
canon-section: Ϟβ <box>826 1345 850 1362</box>
text-segment: ιατί δὲ οὐ καρδίας τὸ ἐστὶ τὴν καταδιά- <box>428 1394 784 1412</box>
text-segment: ἰ πᾶς δὲ ὅστις ἂν ὁμολογή- <box>545 1126 790 1144</box>
text-segment: μετὰ ταῦτα παρρησίαν. ταῦτα συμβαί- <box>442 712 798 730</box>
line-text: νάσατο. καὶ τό γε ἔστιν αὐτὸν ἦν κἂν, ἀλ… <box>421 1732 778 1756</box>
text-segment: οἰκιακοὺς αὐτοῦ·:· μὴ οὖν φοβη- <box>900 1307 1376 1333</box>
margin-lection-start: ἀρχ <box>343 1382 371 1400</box>
commentary-line: χὶ δούλους, πάλιν πρὸς αὐτοὺς γνησιό- <box>447 465 804 489</box>
rubricated-initial: Τ <box>428 366 443 391</box>
line-text: ρησίαν ἡμῖν ἀρχὴν. καὶ ἐστὶ πλείονα <box>427 1464 783 1488</box>
commentary-line: σῃ ἐν ἐμοί. δείκνυσιν ὅτι οὐ καὶ ἐκεῖ δυ… <box>433 1147 790 1171</box>
text-segment: αὶ μὴ φοβηθῆτε ἀπὸ τῶν ἀποκτεν- <box>896 1572 1371 1598</box>
text-segment: ἐμοί. ἀλλ᾽ ἐμέ. ἔρημος γὰρ γενόμε- <box>431 1248 787 1266</box>
text-segment: μως φησὶ· ἐσμὲν <box>665 492 803 510</box>
line-text: ετε. κηρύξατε ἐπὶ τῶν δωμάτων· <box>896 1529 1372 1567</box>
text-line: οἱ λαλοῦντες. ἀλλὰ τὸ πνεῦμα τοῦ πατρὸς <box>912 544 1388 582</box>
